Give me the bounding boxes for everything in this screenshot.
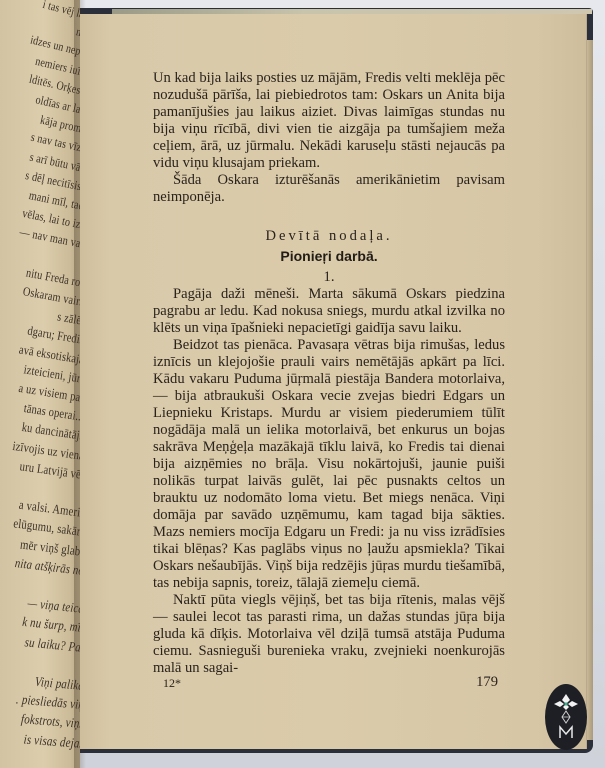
paragraph: Šāda Oskara izturēšanās amerikānietim pa… [153, 172, 505, 206]
section-number: 1. [153, 269, 505, 286]
page-stack-edge [587, 40, 593, 740]
page-footer: 12* 179 [163, 674, 498, 691]
left-page: i tas vēj lan.idzes un nep-nemiers iuī-l… [0, 0, 80, 768]
page-number: 179 [476, 674, 498, 691]
paragraph: Pagāja daži mēneši. Marta sākumā Oskars … [153, 286, 505, 337]
folk-ornament-icon [551, 692, 581, 742]
paragraph: Beidzot tas pienāca. Pavasaŗa vētras bij… [153, 337, 505, 592]
signature-mark: 12* [163, 676, 181, 691]
watermark-logo [545, 684, 587, 750]
right-page: Un kad bija laiks posties uz mājām, Fred… [80, 14, 587, 749]
left-page-line: is visas dejas [10, 728, 80, 753]
paragraph: Un kad bija laiks posties uz mājām, Fred… [153, 70, 505, 172]
paragraph: Naktī pūta viegls vējiņš, bet tas bija r… [153, 592, 505, 677]
chapter-subtitle: Pionieŗi darbā. [153, 248, 505, 265]
chapter-heading: Devītā nodaļa. [153, 228, 505, 245]
page-text-block: Un kad bija laiks posties uz mājām, Fred… [153, 70, 505, 677]
